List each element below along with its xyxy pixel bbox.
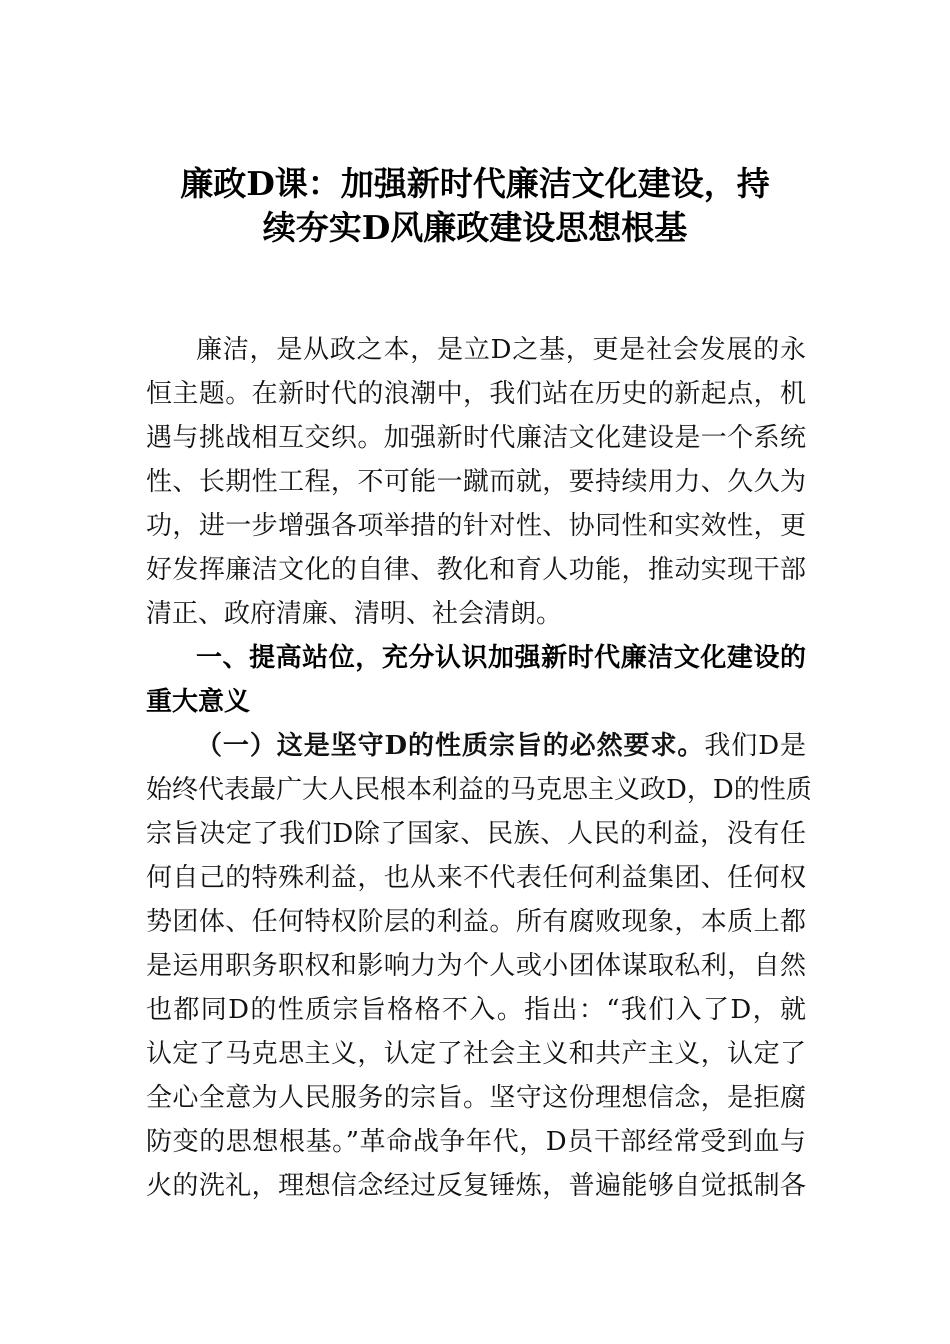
subsection-paragraph-line: 宗旨决定了我们D除了国家、民族、人民的利益，没有任 [146, 812, 806, 856]
section-heading-line: 一、提高站位，充分认识加强新时代廉洁文化建设的 [196, 636, 806, 680]
subsection-paragraph-line: 始终代表最广大人民根本利益的马克思主义政D，D的性质 [146, 768, 806, 812]
subsection-paragraph-line: 全心全意为人民服务的宗旨。坚守这份理想信念，是拒腐 [146, 1076, 806, 1120]
intro-paragraph-line: 功，进一步增强各项举措的针对性、协同性和实效性，更 [146, 504, 806, 548]
subsection-first-line: （一）这是坚守D的性质宗旨的必然要求。我们D是 [196, 724, 806, 768]
subsection-first-line-text: 我们D是 [704, 731, 806, 761]
subsection-paragraph-line: 防变的思想根基。”革命战争年代，D员干部经常受到血与 [146, 1120, 806, 1164]
intro-paragraph-line: 廉洁，是从政之本，是立D之基，更是社会发展的永 [196, 328, 806, 372]
intro-paragraph-line: 好发挥廉洁文化的自律、教化和育人功能，推动实现干部 [146, 548, 806, 592]
intro-paragraph-line: 遇与挑战相互交织。加强新时代廉洁文化建设是一个系统 [146, 416, 806, 460]
subsection-paragraph-line: 是运用职务职权和影响力为个人或小团体谋取私利，自然 [146, 944, 806, 988]
subsection-paragraph-line: 何自己的特殊利益，也从来不代表任何利益集团、任何权 [146, 856, 806, 900]
section-heading-line: 重大意义 [146, 680, 806, 724]
intro-paragraph-line: 性、长期性工程，不可能一蹴而就，要持续用力、久久为 [146, 460, 806, 504]
subsection-paragraph-line: 火的洗礼，理想信念经过反复锤炼，普遍能够自觉抵制各 [146, 1164, 806, 1208]
document-title-line-1: 廉政D课：加强新时代廉洁文化建设，持 [140, 164, 810, 204]
subsection-label: （一）这是坚守D的性质宗旨的必然要求。 [196, 731, 704, 761]
intro-paragraph-line: 恒主题。在新时代的浪潮中，我们站在历史的新起点，机 [146, 372, 806, 416]
subsection-paragraph-line: 认定了马克思主义，认定了社会主义和共产主义，认定了 [146, 1032, 806, 1076]
subsection-paragraph-line: 也都同D的性质宗旨格格不入。指出：“我们入了D，就 [146, 988, 806, 1032]
intro-paragraph-line: 清正、政府清廉、清明、社会清朗。 [146, 592, 806, 636]
subsection-paragraph-line: 势团体、任何特权阶层的利益。所有腐败现象，本质上都 [146, 900, 806, 944]
document-title-line-2: 续夯实D风廉政建设思想根基 [140, 208, 810, 248]
document-page: 廉政D课：加强新时代廉洁文化建设，持 续夯实D风廉政建设思想根基 廉洁，是从政之… [0, 0, 950, 1344]
